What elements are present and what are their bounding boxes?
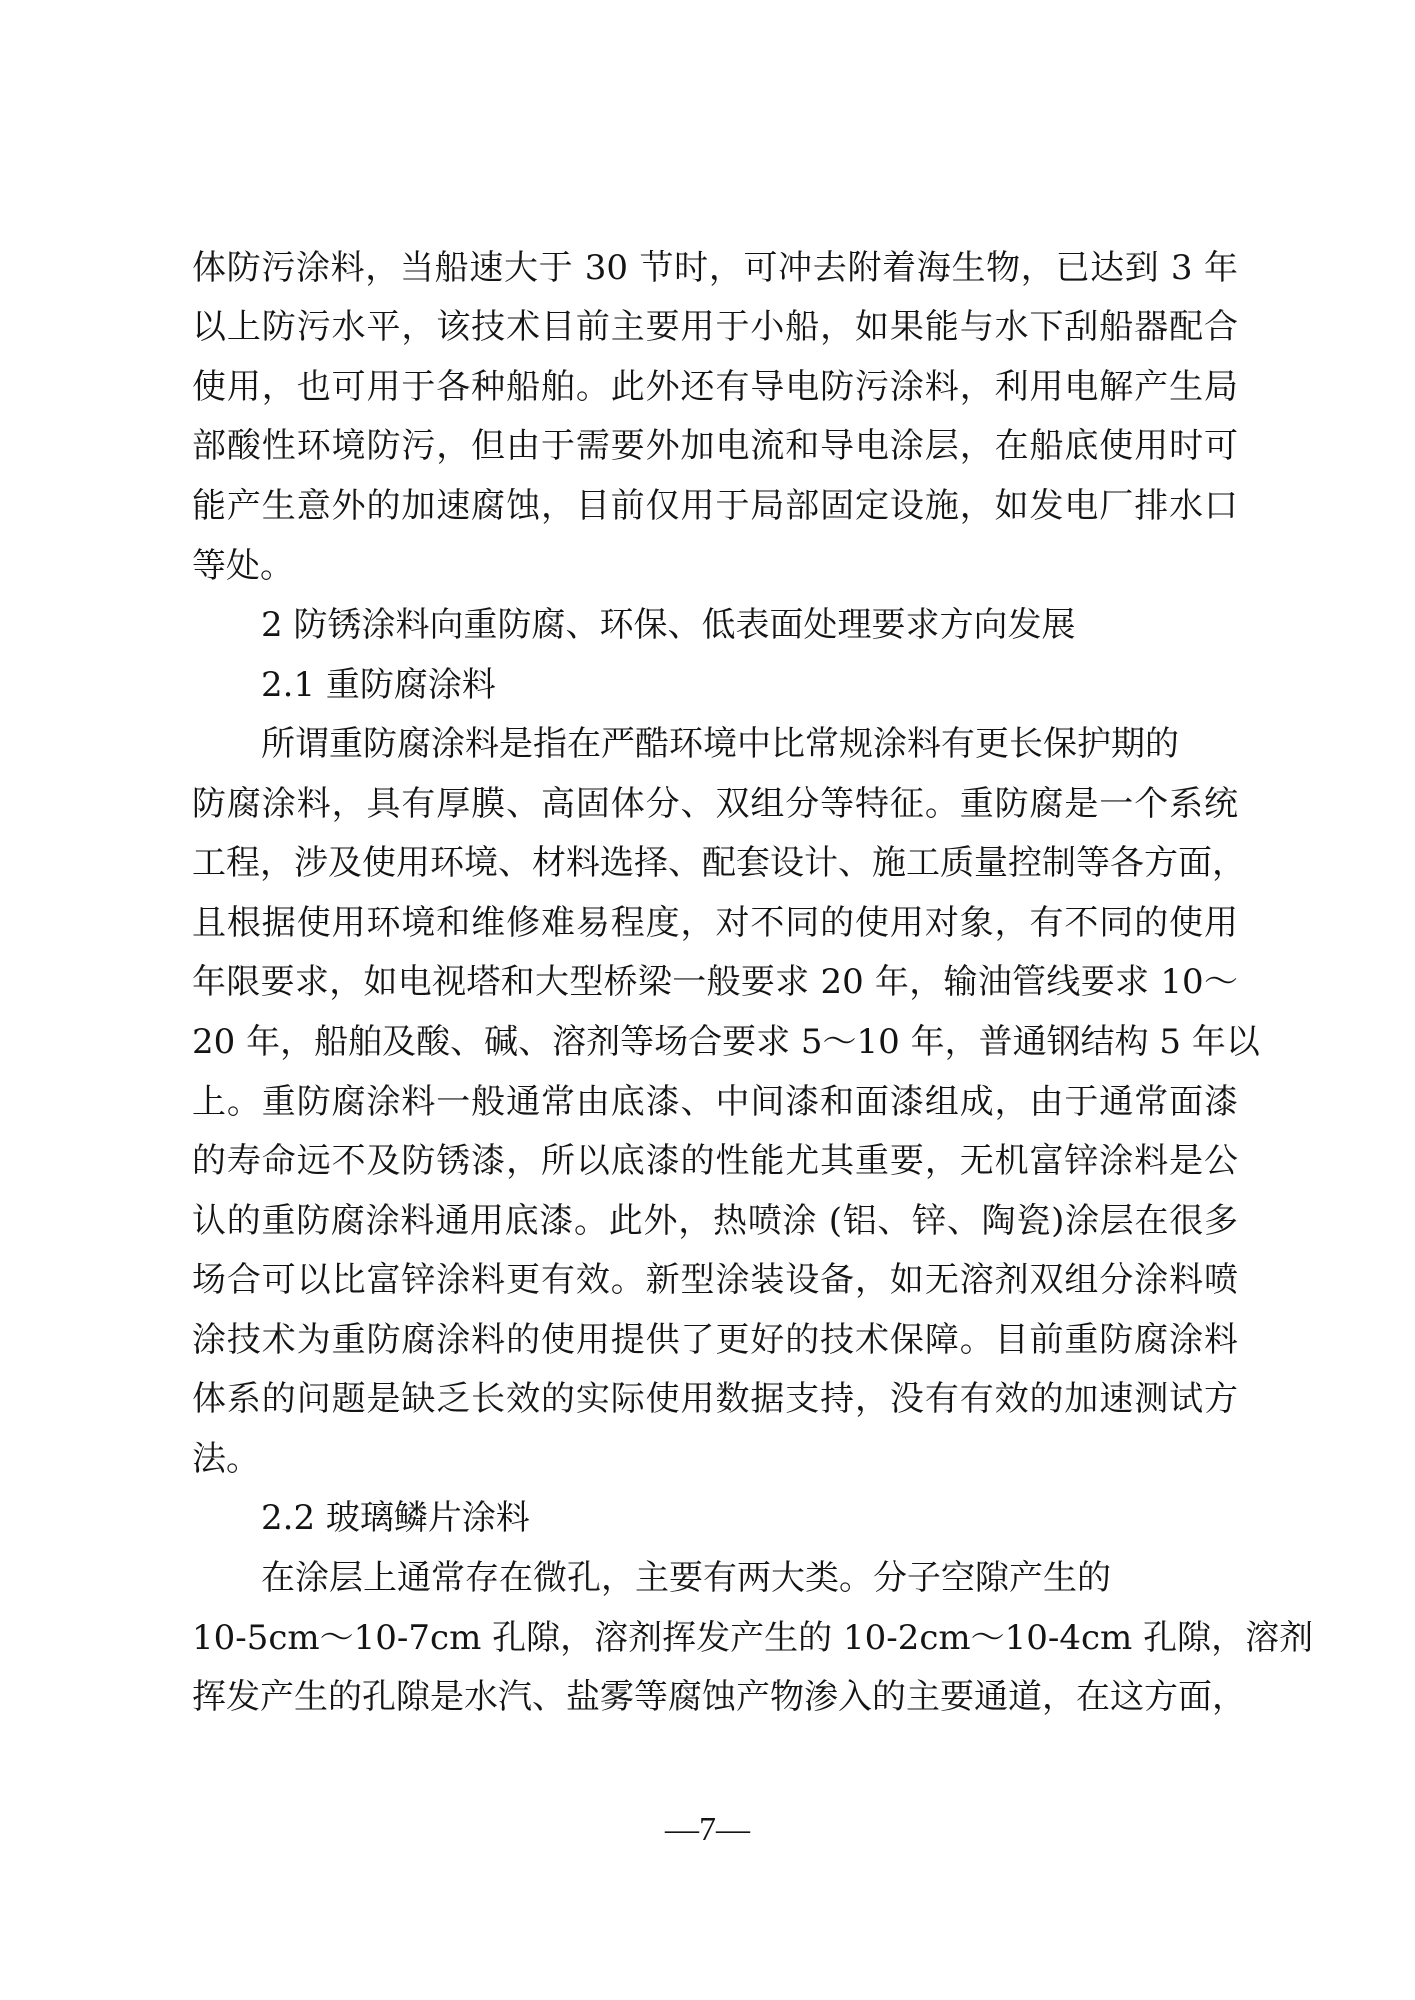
paragraph-line: 年限要求，如电视塔和大型桥梁一般要求 20 年，输油管线要求 10～ [192,960,1238,1004]
paragraph-line: 20 年，船舶及酸、碱、溶剂等场合要求 5～10 年，普通钢结构 5 年以 [192,1020,1238,1064]
paragraph-line: 能产生意外的加速腐蚀，目前仅用于局部固定设施，如发电厂排水口 [192,484,1238,528]
subsection-heading: 2.1 重防腐涂料 [261,663,496,707]
paragraph-line: 场合可以比富锌涂料更有效。新型涂装设备，如无溶剂双组分涂料喷 [192,1258,1238,1302]
subsection-heading: 2.2 玻璃鳞片涂料 [261,1496,530,1540]
section-heading: 2 防锈涂料向重防腐、环保、低表面处理要求方向发展 [261,603,1075,647]
paragraph-line: 认的重防腐涂料通用底漆。此外，热喷涂 (铝、锌、陶瓷)涂层在很多 [192,1199,1238,1243]
paragraph-line: 挥发产生的孔隙是水汽、盐雾等腐蚀产物渗入的主要通道，在这方面， [192,1675,1238,1719]
paragraph-line: 法。 [192,1437,260,1481]
paragraph-line: 等处。 [192,544,294,588]
paragraph-line: 且根据使用环境和维修难易程度，对不同的使用对象，有不同的使用 [192,901,1238,945]
paragraph-line: 体系的问题是缺乏长效的实际使用数据支持，没有有效的加速测试方 [192,1377,1238,1421]
paragraph-line: 涂技术为重防腐涂料的使用提供了更好的技术保障。目前重防腐涂料 [192,1318,1238,1362]
paragraph-line: 所谓重防腐涂料是指在严酷环境中比常规涂料有更长保护期的 [261,722,1179,766]
paragraph-line: 体防污涂料，当船速大于 30 节时，可冲去附着海生物，已达到 3 年 [192,246,1238,290]
paragraph-line: 工程，涉及使用环境、材料选择、配套设计、施工质量控制等各方面， [192,841,1238,885]
paragraph-line: 上。重防腐涂料一般通常由底漆、中间漆和面漆组成，由于通常面漆 [192,1080,1238,1124]
paragraph-line: 以上防污水平，该技术目前主要用于小船，如果能与水下刮船器配合 [192,305,1238,349]
paragraph-line: 的寿命远不及防锈漆，所以底漆的性能尤其重要，无机富锌涂料是公 [192,1139,1238,1183]
page-number: —7— [0,1808,1415,1852]
document-page: 体防污涂料，当船速大于 30 节时，可冲去附着海生物，已达到 3 年 以上防污水… [0,0,1415,2000]
paragraph-line: 部酸性环境防污，但由于需要外加电流和导电涂层，在船底使用时可 [192,424,1238,468]
paragraph-line: 10-5cm～10-7cm 孔隙，溶剂挥发产生的 10-2cm～10-4cm 孔… [192,1616,1238,1660]
paragraph-line: 使用，也可用于各种船舶。此外还有导电防污涂料，利用电解产生局 [192,365,1238,409]
paragraph-line: 在涂层上通常存在微孔，主要有两大类。分子空隙产生的 [261,1556,1111,1600]
paragraph-line: 防腐涂料，具有厚膜、高固体分、双组分等特征。重防腐是一个系统 [192,782,1238,826]
